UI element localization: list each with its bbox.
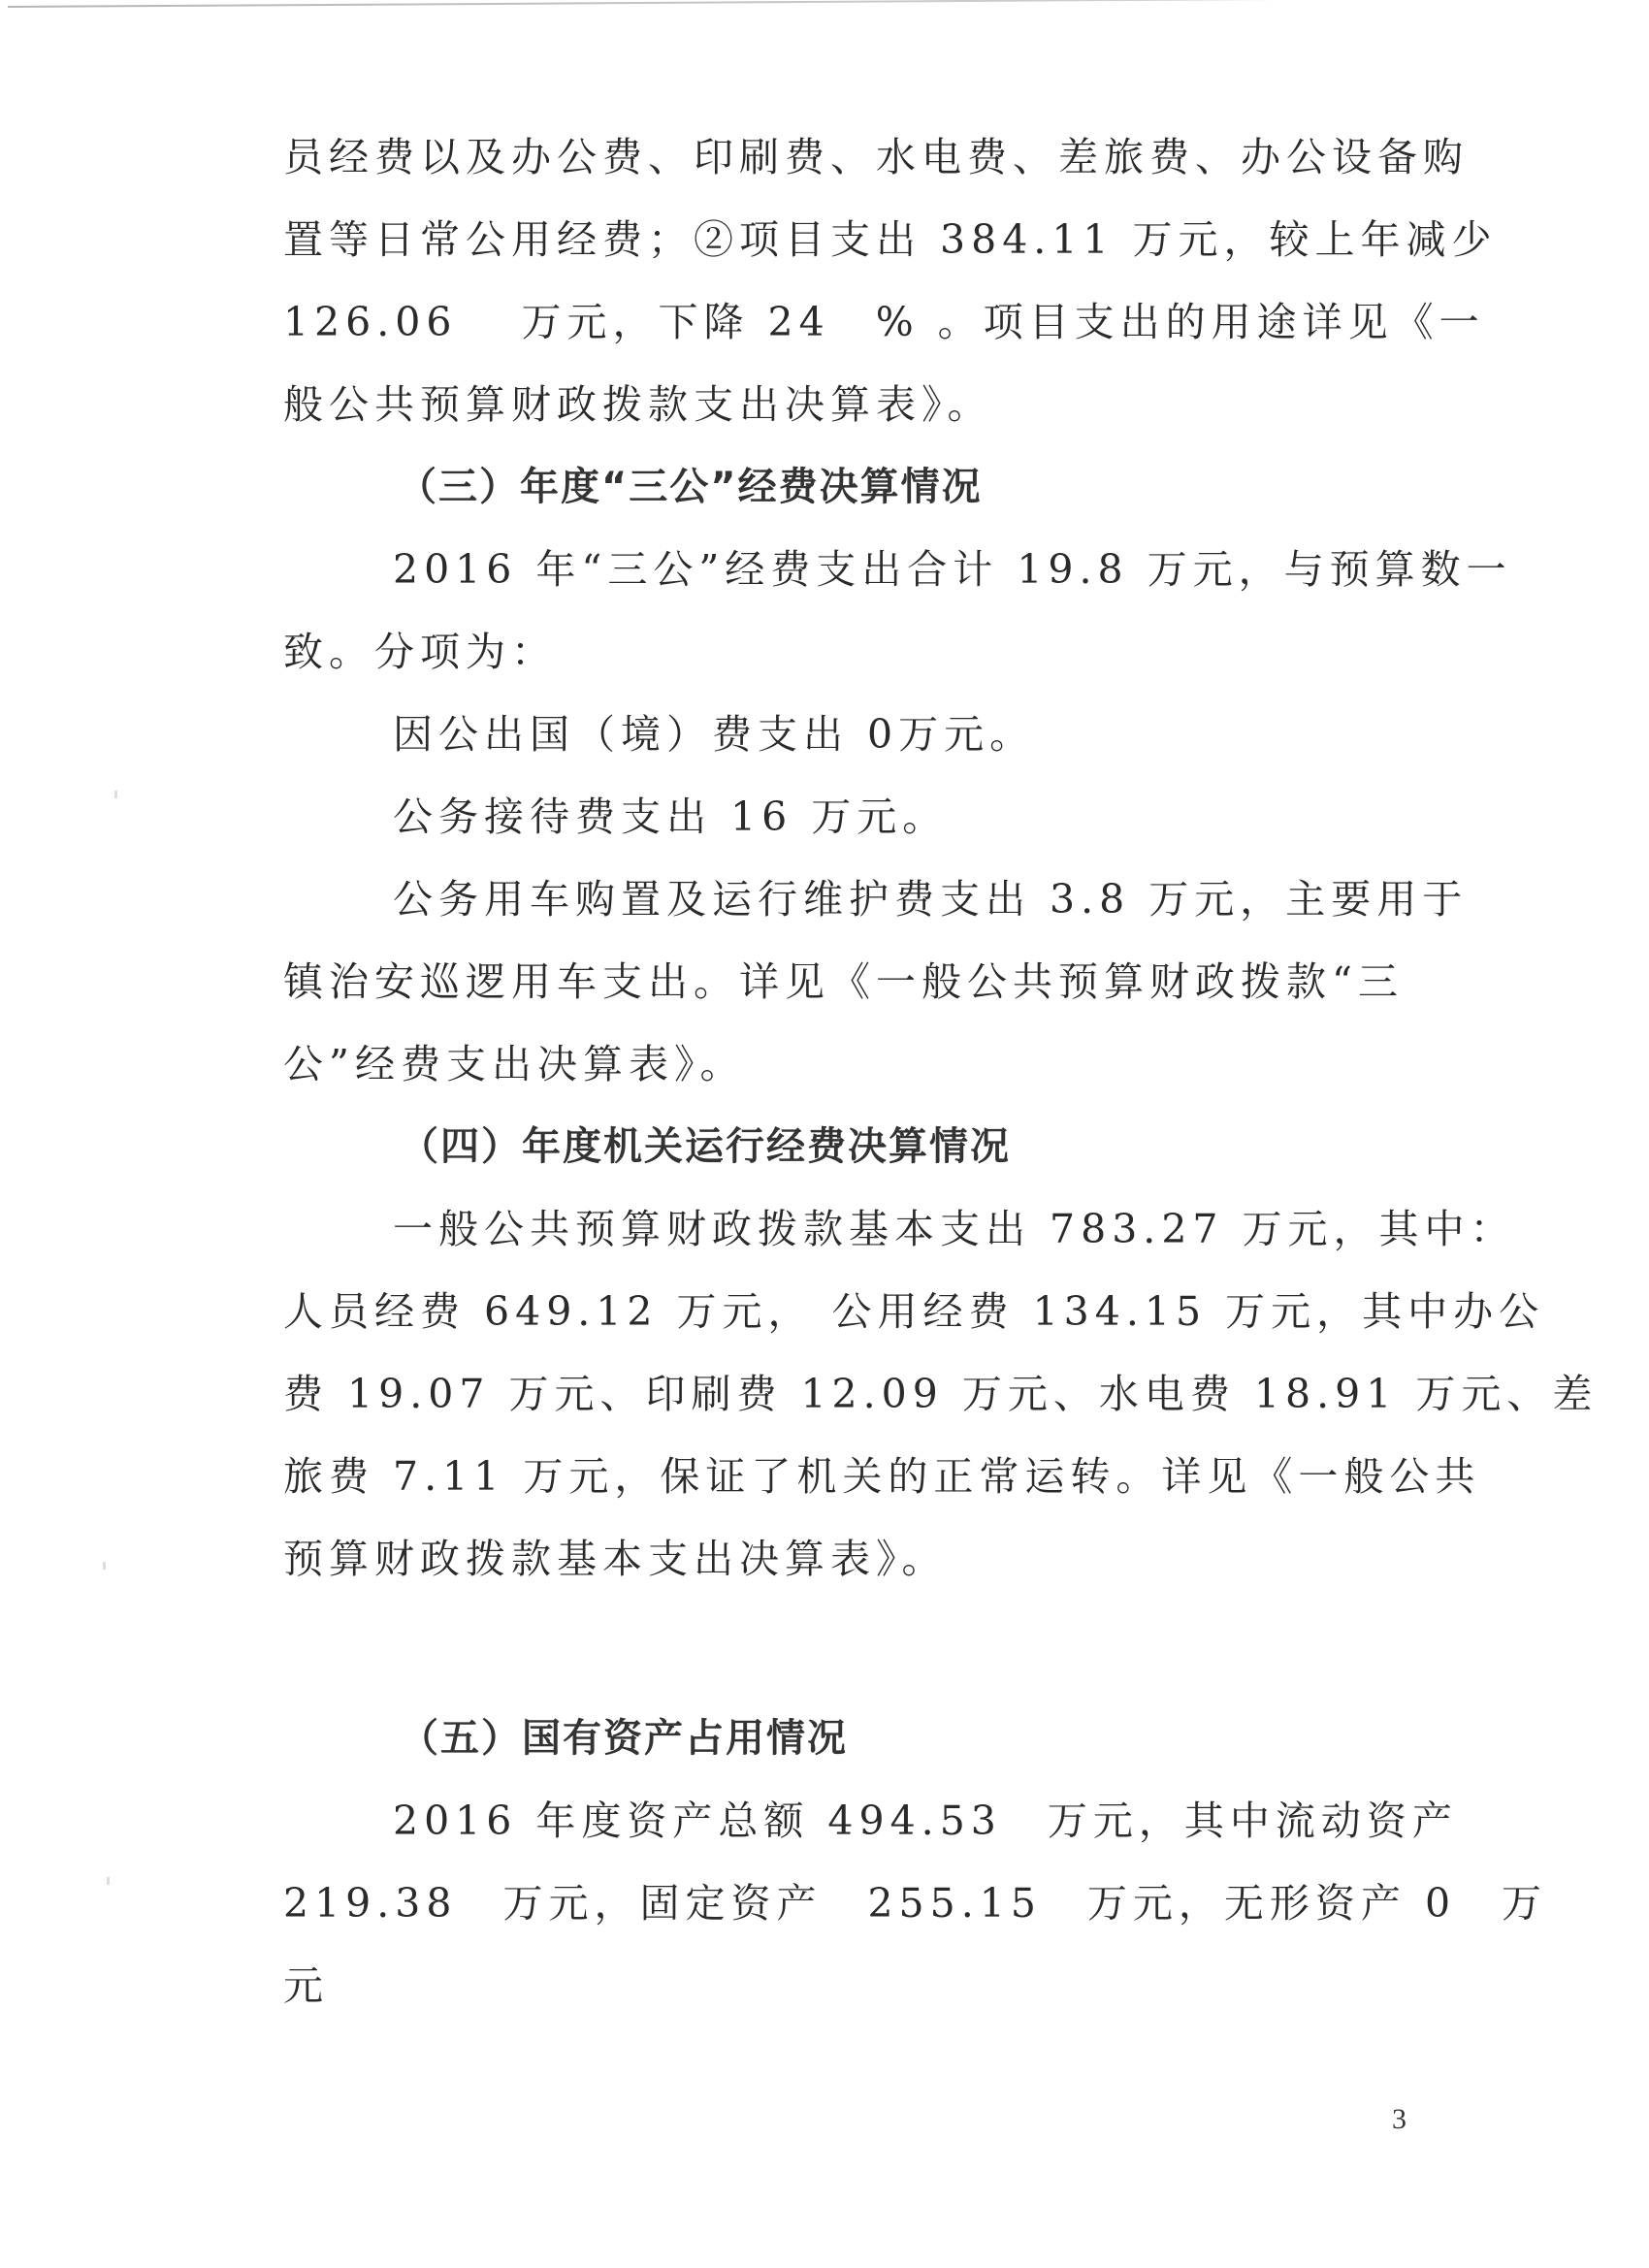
section-heading-5: （五）国有资产占用情况 (400, 1714, 848, 1763)
body-line: 旅费 7.11 万元，保证了机关的正常运转。详见《一般公共 (283, 1452, 1399, 1501)
body-line: 置等日常公用经费；②项目支出 384.11 万元，较上年减少 (283, 215, 1399, 264)
body-line: 致。分项为： (283, 628, 1399, 676)
body-line: 2016 年“三公”经费支出合计 19.8 万元，与预算数一 (393, 545, 1399, 594)
body-line: 126.06 万元，下降 24 % 。项目支出的用途详见《一 (283, 298, 1399, 346)
body-line: 费 19.07 万元、印刷费 12.09 万元、水电费 18.91 万元、差 (283, 1370, 1399, 1418)
body-line: 公务用车购置及运行维护费支出 3.8 万元，主要用于 (393, 875, 1399, 923)
body-line: 公”经费支出决算表》。 (283, 1040, 1399, 1088)
body-line: 般公共预算财政拨款支出决算表》。 (283, 380, 1399, 429)
body-line: 元 (283, 1961, 1399, 2010)
body-line: 2016 年度资产总额 494.53 万元，其中流动资产 (393, 1797, 1399, 1845)
body-line: 人员经费 649.12 万元， 公用经费 134.15 万元，其中办公 (283, 1287, 1399, 1336)
scan-speck (107, 1877, 110, 1885)
page-number: 3 (1392, 2103, 1406, 2136)
section-heading-4: （四）年度机关运行经费决算情况 (400, 1122, 1011, 1171)
body-line: 预算财政拨款基本支出决算表》。 (283, 1535, 1399, 1583)
scan-speck (103, 1562, 106, 1570)
scan-speck (114, 791, 117, 798)
body-line: 一般公共预算财政拨款基本支出 783.27 万元，其中： (393, 1205, 1399, 1253)
document-page: 员经费以及办公费、印刷费、水电费、差旅费、办公设备购 置等日常公用经费；②项目支… (0, 0, 1649, 2268)
section-heading-3: （三）年度“三公”经费决算情况 (398, 463, 983, 511)
body-line: 员经费以及办公费、印刷费、水电费、差旅费、办公设备购 (283, 133, 1399, 181)
body-line: 因公出国（境）费支出 0万元。 (393, 710, 1399, 759)
body-line: 219.38 万元，固定资产 255.15 万元，无形资产 0 万 (283, 1879, 1399, 1928)
body-line: 公务接待费支出 16 万元。 (393, 793, 1399, 841)
body-line: 镇治安巡逻用车支出。详见《一般公共预算财政拨款“三 (283, 957, 1399, 1006)
